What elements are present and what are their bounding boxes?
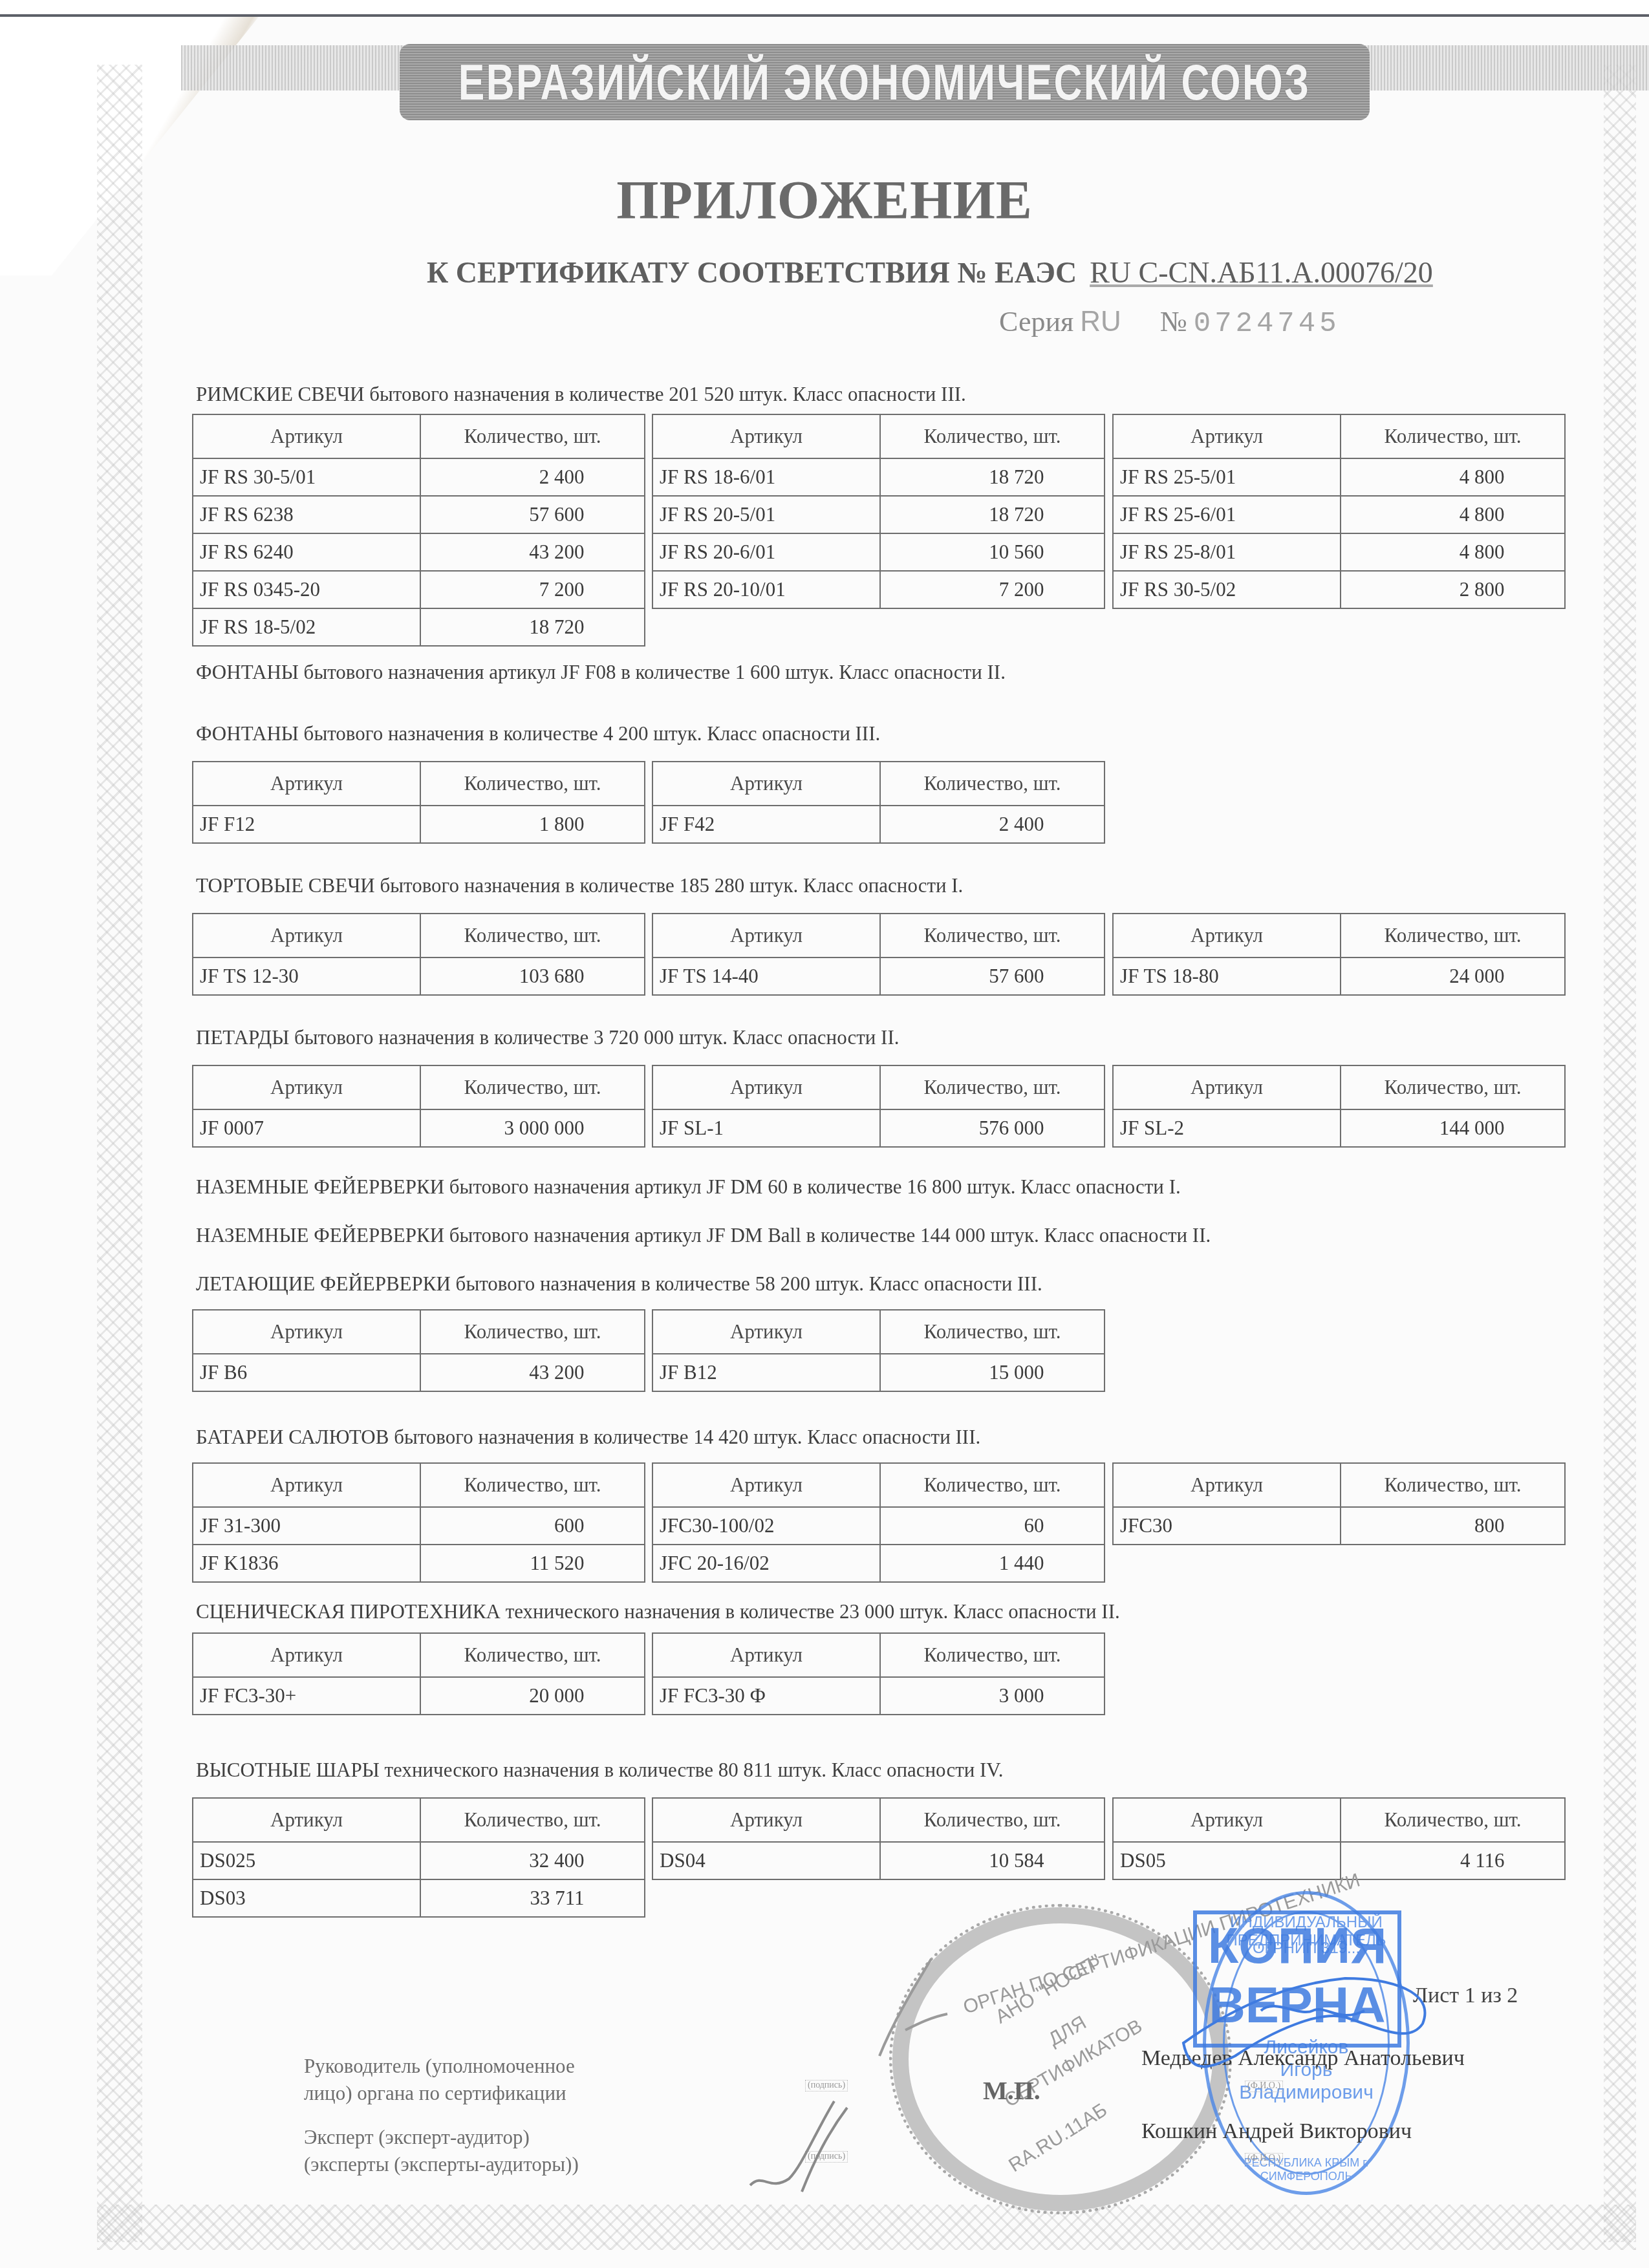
column-header-article: Артикул — [193, 1798, 420, 1842]
column-header-quantity: Количество, шт. — [1341, 914, 1565, 957]
section-heading: ПЕТАРДЫ бытового назначения в количестве… — [196, 1026, 899, 1049]
table-header-row: АртикулКоличество, шт. — [1113, 914, 1565, 957]
column-header-article: Артикул — [193, 1065, 420, 1109]
table-row: JF TS 14-4057 600 — [652, 957, 1105, 995]
signature-caption-head: (подпись) — [805, 2080, 848, 2091]
article-table: АртикулКоличество, шт.JF FC3-30 Ф3 000 — [652, 1632, 1105, 1715]
article-cell: JF F12 — [193, 806, 420, 843]
quantity-value: 43 200 — [481, 540, 585, 564]
table-row: JF F422 400 — [652, 806, 1105, 843]
quantity-cell: 32 400 — [420, 1842, 645, 1879]
table-header-row: АртикулКоличество, шт. — [652, 414, 1105, 458]
article-cell: JF TS 18-80 — [1113, 957, 1341, 995]
article-cell: JF SL-1 — [652, 1109, 880, 1147]
quantity-cell: 57 600 — [880, 957, 1105, 995]
quantity-cell: 4 800 — [1341, 533, 1565, 571]
quantity-value: 10 560 — [941, 540, 1044, 564]
quantity-cell: 43 200 — [420, 1354, 645, 1391]
table-header-row: АртикулКоличество, шт. — [193, 1463, 645, 1507]
section-category: НАЗЕМНЫЕ ФЕЙЕРВЕРКИ — [196, 1224, 444, 1246]
article-cell: JFC30-100/02 — [652, 1507, 880, 1545]
article-cell: JF RS 0345-20 — [193, 571, 420, 608]
union-banner-text: ЕВРАЗИЙСКИЙ ЭКОНОМИЧЕСКИЙ СОЮЗ — [458, 53, 1311, 112]
article-table: АртикулКоличество, шт.JF FC3-30+20 000 — [192, 1632, 645, 1715]
table-header-row: АртикулКоличество, шт. — [652, 1310, 1105, 1354]
column-header-quantity: Количество, шт. — [420, 1633, 645, 1677]
column-header-quantity: Количество, шт. — [420, 914, 645, 957]
article-cell: JF RS 25-8/01 — [1113, 533, 1341, 571]
table-row: JF SL-2144 000 — [1113, 1109, 1565, 1147]
table-row: JF B643 200 — [193, 1354, 645, 1391]
article-cell: JF F42 — [652, 806, 880, 843]
article-cell: JF FC3-30+ — [193, 1677, 420, 1715]
column-header-article: Артикул — [1113, 1798, 1341, 1842]
column-header-article: Артикул — [652, 1798, 880, 1842]
table-row: JF K183611 520 — [193, 1545, 645, 1582]
table-row: DS02532 400 — [193, 1842, 645, 1879]
article-table: АртикулКоличество, шт.JF RS 30-5/012 400… — [192, 414, 645, 647]
section-heading: БАТАРЕИ САЛЮТОВ бытового назначения в ко… — [196, 1426, 980, 1449]
section-description: бытового назначения в количестве 185 280… — [375, 874, 964, 897]
column-header-article: Артикул — [193, 1633, 420, 1677]
column-header-article: Артикул — [652, 414, 880, 458]
section-category: ФОНТАНЫ — [196, 722, 299, 745]
article-cell: DS025 — [193, 1842, 420, 1879]
column-header-article: Артикул — [1113, 914, 1341, 957]
quantity-cell: 144 000 — [1341, 1109, 1565, 1147]
head-signature — [867, 1952, 957, 2062]
quantity-cell: 800 — [1341, 1507, 1565, 1545]
quantity-cell: 24 000 — [1341, 957, 1565, 995]
quantity-cell: 11 520 — [420, 1545, 645, 1582]
table-row: JF FC3-30 Ф3 000 — [652, 1677, 1105, 1715]
table-row: JFC30-100/0260 — [652, 1507, 1105, 1545]
article-cell: JF RS 6240 — [193, 533, 420, 571]
article-cell: JF 0007 — [193, 1109, 420, 1147]
quantity-cell: 33 711 — [420, 1879, 645, 1917]
quantity-cell: 4 800 — [1341, 458, 1565, 496]
column-header-quantity: Количество, шт. — [880, 762, 1105, 806]
section-category: ЛЕТАЮЩИЕ ФЕЙЕРВЕРКИ — [196, 1272, 451, 1295]
column-header-article: Артикул — [193, 914, 420, 957]
article-cell: JF RS 30-5/02 — [1113, 571, 1341, 608]
section-heading: ТОРТОВЫЕ СВЕЧИ бытового назначения в кол… — [196, 874, 963, 897]
section-category: ПЕТАРДЫ — [196, 1026, 289, 1049]
quantity-value: 33 711 — [481, 1887, 585, 1910]
column-header-article: Артикул — [1113, 1463, 1341, 1507]
table-row: JF RS 0345-207 200 — [193, 571, 645, 608]
quantity-value: 4 800 — [1401, 540, 1505, 564]
quantity-value: 4 800 — [1401, 503, 1505, 526]
section-description: бытового назначения в количестве 58 200 … — [451, 1272, 1042, 1295]
section-description: технического назначения в количестве 80 … — [380, 1759, 1004, 1781]
quantity-value: 57 600 — [941, 965, 1044, 988]
quantity-cell: 7 200 — [420, 571, 645, 608]
table-row: JF RS 18-5/0218 720 — [193, 608, 645, 646]
table-row: JF RS 624043 200 — [193, 533, 645, 571]
column-header-quantity: Количество, шт. — [420, 762, 645, 806]
table-row: JF F121 800 — [193, 806, 645, 843]
article-cell: JFC30 — [1113, 1507, 1341, 1545]
quantity-value: 18 720 — [941, 465, 1044, 489]
quantity-value: 60 — [941, 1514, 1044, 1537]
article-table: АртикулКоличество, шт.JF TS 14-4057 600 — [652, 913, 1105, 996]
column-header-quantity: Количество, шт. — [880, 1798, 1105, 1842]
section-category: БАТАРЕИ САЛЮТОВ — [196, 1426, 389, 1448]
column-header-quantity: Количество, шт. — [1341, 414, 1565, 458]
seal-accreditation: RA.RU.11АБ — [1005, 2099, 1111, 2177]
quantity-value: 15 000 — [941, 1361, 1044, 1384]
table-row: JF RS 623857 600 — [193, 496, 645, 533]
head-label-line1: Руководитель (уполномоченное — [304, 2055, 575, 2078]
quantity-value: 2 800 — [1401, 578, 1505, 601]
series-label: Серия — [999, 306, 1073, 337]
article-cell: JF TS 12-30 — [193, 957, 420, 995]
quantity-value: 3 000 — [941, 1684, 1044, 1707]
quantity-cell: 4 800 — [1341, 496, 1565, 533]
column-header-article: Артикул — [652, 1065, 880, 1109]
article-table: АртикулКоличество, шт.JF B1215 000 — [652, 1309, 1105, 1392]
quantity-value: 2 400 — [941, 813, 1044, 836]
quantity-cell: 18 720 — [880, 496, 1105, 533]
article-table: АртикулКоличество, шт.JF 31-300600JF K18… — [192, 1462, 645, 1583]
column-header-article: Артикул — [193, 414, 420, 458]
article-cell: JF RS 6238 — [193, 496, 420, 533]
column-header-article: Артикул — [652, 1310, 880, 1354]
article-table: АртикулКоличество, шт.DS02532 400DS0333 … — [192, 1797, 645, 1918]
column-header-quantity: Количество, шт. — [880, 1463, 1105, 1507]
article-cell: DS04 — [652, 1842, 880, 1879]
article-cell: JFC 20-16/02 — [652, 1545, 880, 1582]
quantity-value: 11 520 — [481, 1552, 585, 1575]
table-row: JF RS 20-6/0110 560 — [652, 533, 1105, 571]
expert-signature — [744, 2095, 860, 2198]
expert-name: Кошкин Андрей Викторович — [1141, 2119, 1412, 2144]
table-row: JF RS 18-6/0118 720 — [652, 458, 1105, 496]
quantity-value: 57 600 — [481, 503, 585, 526]
table-row: DS0410 584 — [652, 1842, 1105, 1879]
table-row: JF TS 18-8024 000 — [1113, 957, 1565, 995]
table-header-row: АртикулКоличество, шт. — [193, 762, 645, 806]
decorative-border-right — [1604, 65, 1636, 2242]
quantity-cell: 1 800 — [420, 806, 645, 843]
section-category: ТОРТОВЫЕ СВЕЧИ — [196, 874, 375, 897]
article-table: АртикулКоличество, шт.DS054 116 — [1112, 1797, 1566, 1880]
column-header-quantity: Количество, шт. — [880, 1633, 1105, 1677]
article-cell: DS05 — [1113, 1842, 1341, 1879]
article-cell: DS03 — [193, 1879, 420, 1917]
table-header-row: АртикулКоличество, шт. — [193, 1310, 645, 1354]
quantity-value: 4 116 — [1401, 1849, 1505, 1872]
quantity-cell: 4 116 — [1341, 1842, 1565, 1879]
quantity-cell: 57 600 — [420, 496, 645, 533]
article-table: АртикулКоличество, шт.JF B643 200 — [192, 1309, 645, 1392]
quantity-value: 144 000 — [1401, 1117, 1505, 1140]
seal-place-mark: М.П. — [983, 2075, 1040, 2106]
column-header-quantity: Количество, шт. — [1341, 1065, 1565, 1109]
quantity-cell: 15 000 — [880, 1354, 1105, 1391]
column-header-quantity: Количество, шт. — [420, 1798, 645, 1842]
number-label: № — [1160, 306, 1187, 337]
article-cell: JF RS 20-5/01 — [652, 496, 880, 533]
section-heading: СЦЕНИЧЕСКАЯ ПИРОТЕХНИКА технического наз… — [196, 1600, 1120, 1623]
section-heading: ФОНТАНЫ бытового назначения артикул JF F… — [196, 661, 1006, 684]
quantity-value: 2 400 — [481, 465, 585, 489]
section-description: технического назначения в количестве 23 … — [501, 1600, 1120, 1623]
table-row: DS054 116 — [1113, 1842, 1565, 1879]
expert-label-line2: (эксперты (эксперты-аудиторы)) — [304, 2153, 579, 2176]
table-row: JF 00073 000 000 — [193, 1109, 645, 1147]
table-header-row: АртикулКоличество, шт. — [1113, 1463, 1565, 1507]
section-description: бытового назначения в количестве 3 720 0… — [289, 1026, 899, 1049]
article-table: АртикулКоличество, шт.JF TS 12-30103 680 — [192, 913, 645, 996]
quantity-value: 1 800 — [481, 813, 585, 836]
column-header-article: Артикул — [652, 1463, 880, 1507]
quantity-cell: 10 560 — [880, 533, 1105, 571]
column-header-article: Артикул — [652, 914, 880, 957]
table-row: JFC30800 — [1113, 1507, 1565, 1545]
article-cell: JF TS 14-40 — [652, 957, 880, 995]
article-cell: JF SL-2 — [1113, 1109, 1341, 1147]
quantity-value: 18 720 — [481, 615, 585, 639]
quantity-value: 4 800 — [1401, 465, 1505, 489]
union-banner: ЕВРАЗИЙСКИЙ ЭКОНОМИЧЕСКИЙ СОЮЗ — [400, 44, 1370, 120]
table-row: JF RS 25-5/014 800 — [1113, 458, 1565, 496]
table-header-row: АртикулКоличество, шт. — [652, 1633, 1105, 1677]
certificate-number: RU C-CN.АБ11.А.00076/20 — [1090, 256, 1433, 289]
page-title: ПРИЛОЖЕНИЕ — [0, 169, 1649, 232]
section-heading: РИМСКИЕ СВЕЧИ бытового назначения в коли… — [196, 383, 966, 406]
quantity-cell: 7 200 — [880, 571, 1105, 608]
quantity-cell: 3 000 000 — [420, 1109, 645, 1147]
article-table: АртикулКоличество, шт.JF 00073 000 000 — [192, 1065, 645, 1148]
article-table: АртикулКоличество, шт.JFC30800 — [1112, 1462, 1566, 1545]
column-header-quantity: Количество, шт. — [420, 414, 645, 458]
article-cell: JF RS 20-10/01 — [652, 571, 880, 608]
column-header-article: Артикул — [652, 1633, 880, 1677]
article-cell: JF RS 30-5/01 — [193, 458, 420, 496]
quantity-cell: 2 400 — [880, 806, 1105, 843]
table-row: JF TS 12-30103 680 — [193, 957, 645, 995]
article-table: АртикулКоличество, шт.JF RS 18-6/0118 72… — [652, 414, 1105, 609]
article-table: АртикулКоличество, шт.JF TS 18-8024 000 — [1112, 913, 1566, 996]
column-header-article: Артикул — [1113, 1065, 1341, 1109]
article-cell: JF RS 25-5/01 — [1113, 458, 1341, 496]
quantity-cell: 20 000 — [420, 1677, 645, 1715]
table-row: JF SL-1576 000 — [652, 1109, 1105, 1147]
quantity-value: 103 680 — [481, 965, 585, 988]
column-header-article: Артикул — [1113, 414, 1341, 458]
table-header-row: АртикулКоличество, шт. — [193, 1065, 645, 1109]
quantity-value: 7 200 — [941, 578, 1044, 601]
article-table: АртикулКоличество, шт.JF SL-1576 000 — [652, 1065, 1105, 1148]
table-row: JF RS 20-10/017 200 — [652, 571, 1105, 608]
table-header-row: АртикулКоличество, шт. — [193, 1798, 645, 1842]
column-header-quantity: Количество, шт. — [420, 1310, 645, 1354]
expert-label-line1: Эксперт (эксперт-аудитор) — [304, 2126, 530, 2149]
section-description: бытового назначения артикул JF DM 60 в к… — [444, 1175, 1181, 1198]
quantity-cell: 2 400 — [420, 458, 645, 496]
article-cell: JF RS 20-6/01 — [652, 533, 880, 571]
decorative-border-bottom — [97, 2205, 1636, 2250]
quantity-value: 18 720 — [941, 503, 1044, 526]
quantity-value: 7 200 — [481, 578, 585, 601]
table-header-row: АртикулКоличество, шт. — [652, 914, 1105, 957]
table-header-row: АртикулКоличество, шт. — [193, 1633, 645, 1677]
column-header-quantity: Количество, шт. — [880, 914, 1105, 957]
quantity-cell: 18 720 — [420, 608, 645, 646]
quantity-cell: 43 200 — [420, 533, 645, 571]
table-header-row: АртикулКоличество, шт. — [1113, 1798, 1565, 1842]
column-header-quantity: Количество, шт. — [1341, 1798, 1565, 1842]
table-header-row: АртикулКоличество, шт. — [652, 1798, 1105, 1842]
article-cell: JF RS 18-5/02 — [193, 608, 420, 646]
article-table: АртикулКоличество, шт.JF SL-2144 000 — [1112, 1065, 1566, 1148]
table-header-row: АртикулКоличество, шт. — [193, 914, 645, 957]
quantity-cell: 3 000 — [880, 1677, 1105, 1715]
column-header-quantity: Количество, шт. — [880, 1065, 1105, 1109]
table-row: JF B1215 000 — [652, 1354, 1105, 1391]
table-header-row: АртикулКоличество, шт. — [652, 1065, 1105, 1109]
table-row: JF RS 25-8/014 800 — [1113, 533, 1565, 571]
quantity-value: 800 — [1401, 1514, 1505, 1537]
quantity-cell: 103 680 — [420, 957, 645, 995]
quantity-value: 1 440 — [941, 1552, 1044, 1575]
quantity-value: 24 000 — [1401, 965, 1505, 988]
column-header-article: Артикул — [193, 1310, 420, 1354]
article-cell: JF RS 25-6/01 — [1113, 496, 1341, 533]
quantity-cell: 576 000 — [880, 1109, 1105, 1147]
section-category: СЦЕНИЧЕСКАЯ ПИРОТЕХНИКА — [196, 1600, 501, 1623]
column-header-article: Артикул — [193, 762, 420, 806]
table-row: JF 31-300600 — [193, 1507, 645, 1545]
table-row: DS0333 711 — [193, 1879, 645, 1917]
section-description: бытового назначения в количестве 4 200 ш… — [299, 722, 880, 745]
article-table: АртикулКоличество, шт.JF F121 800 — [192, 761, 645, 844]
article-table: АртикулКоличество, шт.JF F422 400 — [652, 761, 1105, 844]
column-header-quantity: Количество, шт. — [1341, 1463, 1565, 1507]
article-cell: JF FC3-30 Ф — [652, 1677, 880, 1715]
table-row: JF FC3-30+20 000 — [193, 1677, 645, 1715]
section-heading: НАЗЕМНЫЕ ФЕЙЕРВЕРКИ бытового назначения … — [196, 1224, 1211, 1247]
column-header-article: Артикул — [652, 762, 880, 806]
quantity-cell: 2 800 — [1341, 571, 1565, 608]
article-cell: JF B6 — [193, 1354, 420, 1391]
table-row: JF RS 30-5/012 400 — [193, 458, 645, 496]
section-category: ФОНТАНЫ — [196, 661, 299, 683]
article-cell: JF RS 18-6/01 — [652, 458, 880, 496]
quantity-cell: 10 584 — [880, 1842, 1105, 1879]
oval-city: РЕСПУБЛИКА КРЫМ г. СИМФЕРОПОЛЬ — [1206, 2156, 1406, 2183]
quantity-value: 43 200 — [481, 1361, 585, 1384]
name-caption-head: (Ф.И.О.) — [1245, 2081, 1283, 2092]
section-description: бытового назначения артикул JF F08 в кол… — [299, 661, 1006, 683]
column-header-quantity: Количество, шт. — [880, 414, 1105, 458]
quantity-value: 32 400 — [481, 1849, 585, 1872]
quantity-value: 20 000 — [481, 1684, 585, 1707]
column-header-quantity: Количество, шт. — [420, 1065, 645, 1109]
certificate-prefix: К СЕРТИФИКАТУ СООТВЕТСТВИЯ № ЕАЭС — [427, 256, 1077, 289]
table-row: JF RS 30-5/022 800 — [1113, 571, 1565, 608]
blue-signature — [1177, 1972, 1449, 2082]
head-label-line2: лицо) органа по сертификации — [304, 2082, 566, 2105]
article-cell: JF K1836 — [193, 1545, 420, 1582]
column-header-quantity: Количество, шт. — [880, 1310, 1105, 1354]
section-heading: ЛЕТАЮЩИЕ ФЕЙЕРВЕРКИ бытового назначения … — [196, 1272, 1042, 1296]
section-description: бытового назначения артикул JF DM Ball в… — [444, 1224, 1211, 1246]
quantity-value: 10 584 — [941, 1849, 1044, 1872]
column-header-article: Артикул — [193, 1463, 420, 1507]
table-header-row: АртикулКоличество, шт. — [193, 414, 645, 458]
section-category: НАЗЕМНЫЕ ФЕЙЕРВЕРКИ — [196, 1175, 444, 1198]
copy-stamp-line1: КОПИЯ — [1197, 1920, 1397, 1971]
table-header-row: АртикулКоличество, шт. — [1113, 414, 1565, 458]
table-row: JF RS 20-5/0118 720 — [652, 496, 1105, 533]
quantity-value: 3 000 000 — [481, 1117, 585, 1140]
table-header-row: АртикулКоличество, шт. — [652, 762, 1105, 806]
section-category: РИМСКИЕ СВЕЧИ — [196, 383, 364, 405]
section-heading: ВЫСОТНЫЕ ШАРЫ технического назначения в … — [196, 1759, 1004, 1782]
certificate-reference: К СЕРТИФИКАТУ СООТВЕТСТВИЯ № ЕАЭСRU C-CN… — [427, 255, 1433, 290]
article-cell: JF B12 — [652, 1354, 880, 1391]
article-cell: JF 31-300 — [193, 1507, 420, 1545]
name-caption-expert: (Ф.И.О.) — [1245, 2153, 1283, 2165]
section-heading: НАЗЕМНЫЕ ФЕЙЕРВЕРКИ бытового назначения … — [196, 1175, 1181, 1199]
section-description: бытового назначения в количестве 201 520… — [364, 383, 965, 405]
article-table: АртикулКоличество, шт.DS0410 584 — [652, 1797, 1105, 1880]
table-row: JFC 20-16/021 440 — [652, 1545, 1105, 1582]
quantity-cell: 18 720 — [880, 458, 1105, 496]
oval-name-line3: Владимирович — [1206, 2082, 1406, 2104]
quantity-cell: 600 — [420, 1507, 645, 1545]
quantity-value: 600 — [481, 1514, 585, 1537]
table-row: JF RS 25-6/014 800 — [1113, 496, 1565, 533]
article-table: АртикулКоличество, шт.JFC30-100/0260JFC … — [652, 1462, 1105, 1583]
quantity-cell: 1 440 — [880, 1545, 1105, 1582]
series-value: RU — [1080, 306, 1121, 337]
article-table: АртикулКоличество, шт.JF RS 25-5/014 800… — [1112, 414, 1566, 609]
section-description: бытового назначения в количестве 14 420 … — [389, 1426, 980, 1448]
table-header-row: АртикулКоличество, шт. — [1113, 1065, 1565, 1109]
section-category: ВЫСОТНЫЕ ШАРЫ — [196, 1759, 380, 1781]
scanner-edge — [0, 0, 1649, 17]
table-header-row: АртикулКоличество, шт. — [652, 1463, 1105, 1507]
column-header-quantity: Количество, шт. — [420, 1463, 645, 1507]
quantity-cell: 60 — [880, 1507, 1105, 1545]
quantity-value: 576 000 — [941, 1117, 1044, 1140]
form-series: СерияRU№0724745 — [999, 305, 1341, 340]
form-number: 0724745 — [1194, 308, 1341, 340]
section-heading: ФОНТАНЫ бытового назначения в количестве… — [196, 722, 880, 745]
decorative-border-left — [97, 65, 142, 2242]
